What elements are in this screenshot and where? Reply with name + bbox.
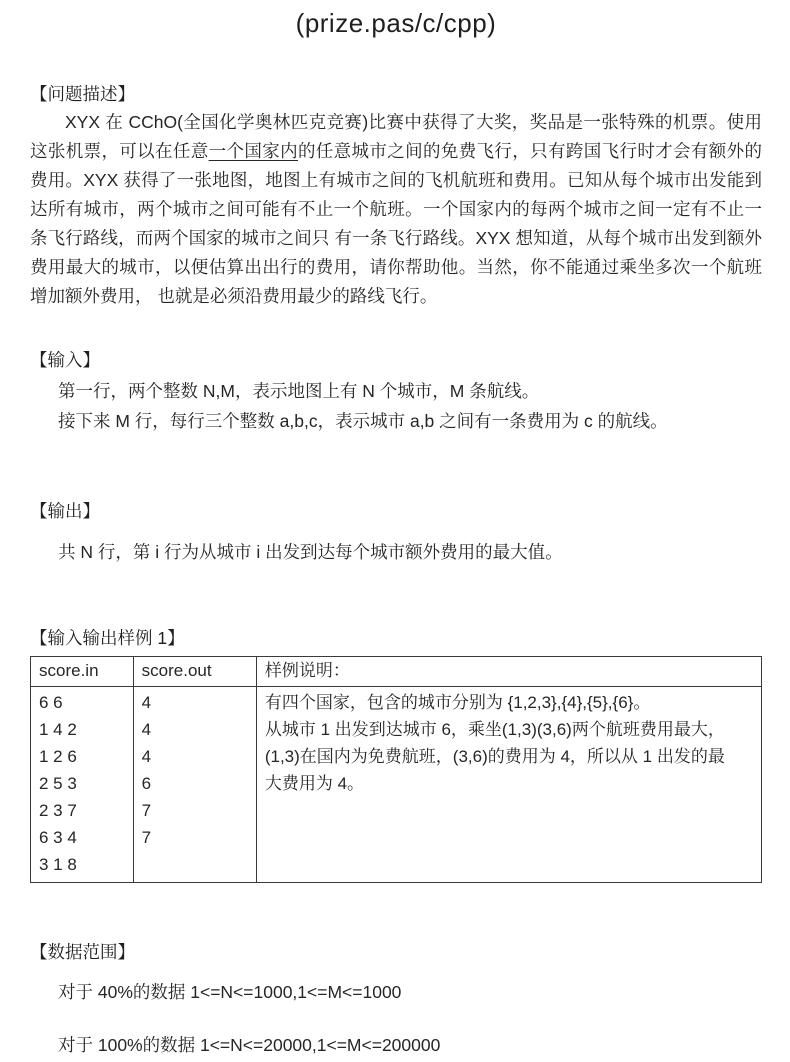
output-heading: 【输出】: [30, 500, 762, 522]
section-problem-description: 【问题描述】 XYX 在 CChO(全国化学奥林匹克竞赛)比赛中获得了大奖，奖品…: [30, 83, 762, 311]
page-title: (prize.pas/c/cpp): [30, 8, 762, 39]
data-range-line-40: 对于 40%的数据 1<=N<=1000,1<=M<=1000: [30, 981, 762, 1003]
document-page: (prize.pas/c/cpp) 【问题描述】 XYX 在 CChO(全国化学…: [0, 0, 790, 1062]
sample-table-header-output: score.out: [133, 657, 256, 687]
problem-description-paragraph: XYX 在 CChO(全国化学奥林匹克竞赛)比赛中获得了大奖，奖品是一张特殊的机…: [30, 108, 762, 311]
sample-explanation-cell: 有四个国家，包含的城市分别为 {1,2,3},{4},{5},{6}。 从城市 …: [256, 687, 761, 883]
section-sample: 【输入输出样例 1】 score.in score.out 样例说明： 6 6 …: [30, 627, 762, 883]
sample-heading: 【输入输出样例 1】: [30, 627, 762, 649]
section-data-range: 【数据范围】 对于 40%的数据 1<=N<=1000,1<=M<=1000 对…: [30, 941, 762, 1056]
data-range-line-100: 对于 100%的数据 1<=N<=20000,1<=M<=200000: [30, 1034, 762, 1056]
sample-table-content-row: 6 6 1 4 2 1 2 6 2 5 3 2 3 7 6 3 4 3 1 8 …: [31, 687, 762, 883]
input-spec-lines: 第一行，两个整数 N,M，表示地图上有 N 个城市，M 条航线。 接下来 M 行…: [30, 376, 762, 436]
sample-explanation-text: 有四个国家，包含的城市分别为 {1,2,3},{4},{5},{6}。 从城市 …: [265, 689, 753, 797]
sample-output-data: 4 4 4 6 7 7: [142, 689, 248, 851]
section-output: 【输出】 共 N 行，第 i 行为从城市 i 出发到达每个城市额外费用的最大值。: [30, 500, 762, 567]
problem-text-after-underline: 的任意城市之间的免费飞行，只有跨国飞行时才会有额外的费用。XYX 获得了一张地图…: [30, 141, 762, 306]
problem-description-heading: 【问题描述】: [30, 83, 762, 105]
sample-output-cell: 4 4 4 6 7 7: [133, 687, 256, 883]
output-spec-lines: 共 N 行，第 i 行为从城市 i 出发到达每个城市额外费用的最大值。: [30, 537, 762, 567]
problem-text-underlined: 一个国家内: [209, 141, 298, 161]
section-input: 【输入】 第一行，两个整数 N,M，表示地图上有 N 个城市，M 条航线。 接下…: [30, 349, 762, 436]
sample-table-header-explanation: 样例说明：: [256, 657, 761, 687]
sample-table: score.in score.out 样例说明： 6 6 1 4 2 1 2 6…: [30, 656, 762, 883]
data-range-heading: 【数据范围】: [30, 941, 762, 963]
sample-input-data: 6 6 1 4 2 1 2 6 2 5 3 2 3 7 6 3 4 3 1 8: [39, 689, 125, 878]
sample-table-header-row: score.in score.out 样例说明：: [31, 657, 762, 687]
input-heading: 【输入】: [30, 349, 762, 371]
sample-input-cell: 6 6 1 4 2 1 2 6 2 5 3 2 3 7 6 3 4 3 1 8: [31, 687, 134, 883]
sample-table-header-input: score.in: [31, 657, 134, 687]
